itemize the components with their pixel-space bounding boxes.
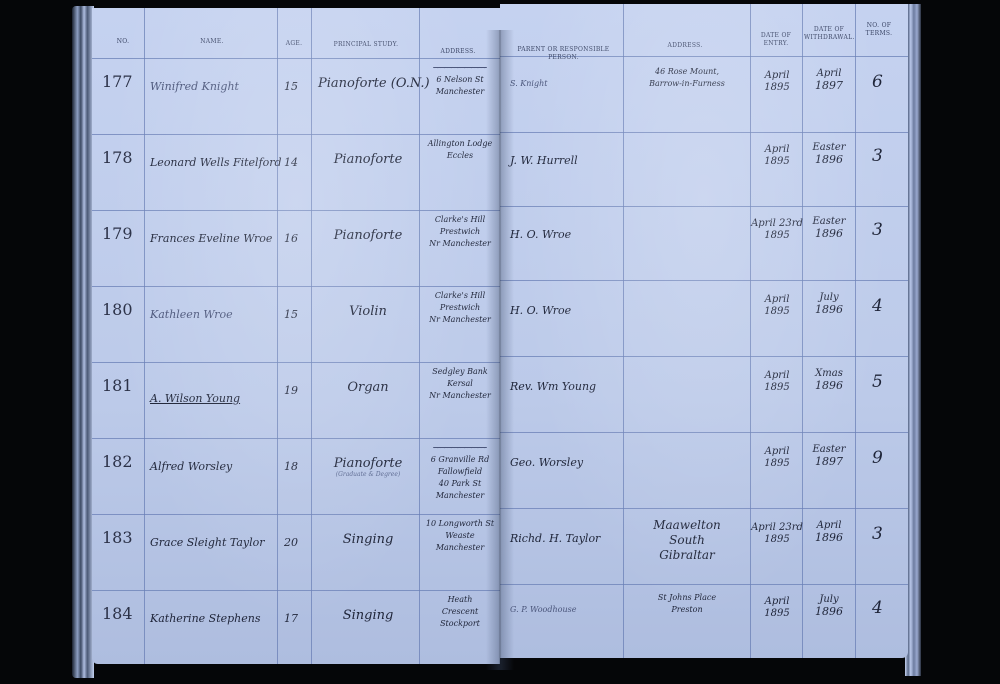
date-of-withdrawal: Easter1896 (804, 142, 854, 166)
parent-address-line: 46 Rose Mount, (655, 66, 719, 78)
address-line: Prestwich (440, 302, 480, 314)
study-label: Organ (318, 380, 418, 395)
entry-year: 1895 (764, 608, 789, 620)
entry-year: 1895 (764, 156, 789, 168)
entry-year: 1895 (764, 306, 789, 318)
header-address: Address. (428, 48, 488, 56)
withdrawal-year: 1896 (815, 154, 843, 166)
study-label: Pianoforte (318, 456, 418, 471)
address-line: Stockport (440, 618, 480, 630)
entry-number: 178 (102, 148, 133, 167)
parent-address: MaaweltonSouthGibraltar (626, 518, 748, 563)
entry-year: 1895 (764, 534, 789, 546)
date-of-withdrawal: Easter1897 (804, 444, 854, 468)
principal-study: Singing (318, 532, 418, 547)
pupil-address: HeathCrescentStockport (422, 594, 498, 630)
principal-study: Pianoforte (O.N.) (318, 76, 418, 91)
parent-name: G. P. Woodhouse (510, 604, 576, 616)
date-of-entry: April1895 (752, 144, 802, 168)
number-of-terms: 5 (872, 372, 883, 392)
parent-name: H. O. Wroe (510, 228, 571, 241)
date-of-withdrawal: Easter1896 (804, 216, 854, 240)
date-of-withdrawal: July1896 (804, 292, 854, 316)
entry-month: April 23rd (751, 522, 803, 534)
register-row-left: 179Frances Eveline Wroe16PianoforteClark… (92, 210, 500, 286)
header-age: Age. (278, 40, 310, 48)
entry-number: 184 (102, 604, 133, 623)
withdrawal-year: 1896 (815, 228, 843, 240)
entry-year: 1895 (764, 458, 789, 470)
parent-address-line: Maawelton (653, 518, 721, 533)
entry-month: April (765, 70, 790, 82)
parent-address-line: Barrow-in-Furness (649, 78, 725, 90)
pupil-name: Kathleen Wroe (150, 308, 233, 321)
principal-study: Pianoforte(Graduate & Degree) (318, 456, 418, 478)
entry-number: 183 (102, 528, 133, 547)
address-line: Manchester (436, 86, 484, 98)
principal-study: Pianoforte (318, 152, 418, 167)
entry-number: 181 (102, 376, 133, 395)
parent-address-line: Gibraltar (659, 548, 715, 563)
book-page-edges-left (72, 6, 94, 678)
right-ledger-grid: Parent or Responsible Person. Address. D… (500, 4, 908, 658)
date-of-entry: April 23rd1895 (752, 218, 802, 242)
address-line: 6 Nelson St (436, 74, 483, 86)
pupil-address: Clarke's HillPrestwichNr Manchester (422, 214, 498, 250)
address-line: ~~~~~~~~ (433, 62, 487, 74)
address-line: Allington Lodge (428, 138, 493, 150)
address-line: Fallowfield (438, 466, 482, 478)
entry-month: April (765, 294, 790, 306)
entry-year: 1895 (764, 82, 789, 94)
entry-number: 177 (102, 72, 133, 91)
parent-name: Richd. H. Taylor (510, 532, 600, 545)
register-row-left: 183Grace Sleight Taylor20Singing10 Longw… (92, 514, 500, 590)
open-register-book: No. Name. Age. Principal Study. Address.… (0, 0, 1000, 684)
study-label: Singing (318, 608, 418, 623)
date-of-withdrawal: July1896 (804, 594, 854, 618)
pupil-age: 20 (284, 536, 298, 549)
register-row-right: S. Knight46 Rose Mount,Barrow-in-Furness… (500, 56, 908, 132)
entry-month: April (765, 446, 790, 458)
study-label: Singing (318, 532, 418, 547)
address-line: Eccles (447, 150, 473, 162)
parent-name: S. Knight (510, 78, 547, 90)
pupil-age: 17 (284, 612, 298, 625)
pupil-age: 14 (284, 156, 298, 169)
address-line: Clarke's Hill (435, 214, 485, 226)
header-parent-address: Address. (640, 42, 730, 50)
date-of-entry: April1895 (752, 596, 802, 620)
number-of-terms: 9 (872, 448, 883, 468)
entry-month: April (765, 370, 790, 382)
pupil-age: 15 (284, 80, 298, 93)
study-note: (Graduate & Degree) (318, 471, 418, 478)
withdrawal-year: 1896 (815, 606, 843, 618)
parent-address: 46 Rose Mount,Barrow-in-Furness (626, 66, 748, 90)
withdrawal-year: 1896 (815, 532, 843, 544)
entry-month: April (765, 596, 790, 608)
parent-address-line: St Johns Place (658, 592, 716, 604)
address-line: Kersal (447, 378, 473, 390)
address-line: Heath (448, 594, 473, 606)
parent-name: H. O. Wroe (510, 304, 571, 317)
withdrawal-year: 1896 (815, 304, 843, 316)
address-line: Nr Manchester (429, 390, 491, 402)
study-label: Pianoforte (318, 152, 418, 167)
address-line: Weaste (445, 530, 474, 542)
number-of-terms: 3 (872, 220, 883, 240)
address-line: 10 Longworth St (426, 518, 494, 530)
header-name: Name. (152, 38, 272, 46)
date-of-withdrawal: Xmas1896 (804, 368, 854, 392)
number-of-terms: 4 (872, 296, 883, 316)
address-line: Manchester (436, 542, 484, 554)
register-row-left: 180Kathleen Wroe15ViolinClarke's HillPre… (92, 286, 500, 362)
pupil-address: 10 Longworth StWeasteManchester (422, 518, 498, 554)
address-line: 6 Granville Rd (431, 454, 489, 466)
study-label: Pianoforte (318, 228, 418, 243)
address-line: Clarke's Hill (435, 290, 485, 302)
left-ledger-grid: No. Name. Age. Principal Study. Address.… (92, 8, 500, 664)
parent-address: St Johns PlacePreston (626, 592, 748, 616)
register-row-left: 181A. Wilson Young19OrganSedgley BankKer… (92, 362, 500, 438)
pupil-name: Katherine Stephens (150, 612, 261, 625)
pupil-address: ~~~~~~~~6 Nelson StManchester (422, 62, 498, 98)
principal-study: Violin (318, 304, 418, 319)
study-label: Violin (318, 304, 418, 319)
entry-number: 182 (102, 452, 133, 471)
parent-name: Rev. Wm Young (510, 380, 596, 393)
address-line: Manchester (436, 490, 484, 502)
parent-name: Geo. Worsley (510, 456, 583, 469)
date-of-entry: April1895 (752, 370, 802, 394)
withdrawal-year: 1897 (815, 80, 843, 92)
left-page: No. Name. Age. Principal Study. Address.… (92, 8, 500, 664)
address-line: ~~~~~~~~ (433, 442, 487, 454)
number-of-terms: 4 (872, 598, 883, 618)
date-of-entry: April1895 (752, 446, 802, 470)
pupil-age: 19 (284, 384, 298, 397)
number-of-terms: 3 (872, 524, 883, 544)
date-of-entry: April1895 (752, 294, 802, 318)
number-of-terms: 3 (872, 146, 883, 166)
number-of-terms: 6 (872, 72, 883, 92)
address-line: 40 Park St (439, 478, 481, 490)
register-row-left: 178Leonard Wells Fitelford14PianoforteAl… (92, 134, 500, 210)
withdrawal-year: 1896 (815, 380, 843, 392)
register-row-left: 182Alfred Worsley18Pianoforte(Graduate &… (92, 438, 500, 514)
right-page: Parent or Responsible Person. Address. D… (500, 4, 908, 658)
address-line: Nr Manchester (429, 314, 491, 326)
pupil-name: Grace Sleight Taylor (150, 536, 265, 549)
address-line: Prestwich (440, 226, 480, 238)
principal-study: Organ (318, 380, 418, 395)
register-row-right: Richd. H. TaylorMaaweltonSouthGibraltarA… (500, 508, 908, 584)
pupil-name: Alfred Worsley (150, 460, 232, 473)
pupil-age: 15 (284, 308, 298, 321)
pupil-name: Frances Eveline Wroe (150, 232, 272, 245)
entry-month: April (765, 144, 790, 156)
header-date-entry: Date of Entry. (752, 32, 800, 48)
principal-study: Pianoforte (318, 228, 418, 243)
date-of-entry: April1895 (752, 70, 802, 94)
pupil-name: A. Wilson Young (150, 392, 240, 405)
address-line: Nr Manchester (429, 238, 491, 250)
entry-month: April 23rd (751, 218, 803, 230)
register-row-right: Rev. Wm YoungApril1895Xmas18965 (500, 356, 908, 432)
header-no-terms: No. of Terms. (857, 22, 901, 38)
date-of-withdrawal: April1896 (804, 520, 854, 544)
pupil-age: 16 (284, 232, 298, 245)
entry-year: 1895 (764, 230, 789, 242)
entry-number: 180 (102, 300, 133, 319)
pupil-address: Clarke's HillPrestwichNr Manchester (422, 290, 498, 326)
address-line: Crescent (442, 606, 478, 618)
register-row-right: H. O. WroeApril1895July18964 (500, 280, 908, 356)
register-row-right: H. O. WroeApril 23rd1895Easter18963 (500, 204, 908, 280)
register-row-right: Geo. WorsleyApril1895Easter18979 (500, 432, 908, 508)
header-principal-study: Principal Study. (314, 41, 418, 49)
study-label: Pianoforte (O.N.) (318, 76, 418, 91)
parent-name: J. W. Hurrell (510, 154, 578, 167)
register-row-right: J. W. HurrellApril1895Easter18963 (500, 130, 908, 206)
pupil-age: 18 (284, 460, 298, 473)
register-row-left: 184Katherine Stephens17SingingHeathCresc… (92, 590, 500, 664)
date-of-entry: April 23rd1895 (752, 522, 802, 546)
parent-address-line: South (669, 533, 705, 548)
entry-year: 1895 (764, 382, 789, 394)
pupil-address: ~~~~~~~~6 Granville RdFallowfield40 Park… (422, 442, 498, 502)
register-row-left: 177Winifred Knight15Pianoforte (O.N.)~~~… (92, 58, 500, 134)
address-line: Sedgley Bank (432, 366, 487, 378)
header-date-withdrawal: Date of Withdrawal. (804, 26, 854, 42)
pupil-name: Leonard Wells Fitelford (150, 156, 282, 169)
principal-study: Singing (318, 608, 418, 623)
pupil-address: Allington LodgeEccles (422, 138, 498, 162)
pupil-address: Sedgley BankKersalNr Manchester (422, 366, 498, 402)
register-row-right: G. P. WoodhouseSt Johns PlacePrestonApri… (500, 582, 908, 658)
withdrawal-year: 1897 (815, 456, 843, 468)
header-no: No. (108, 38, 138, 46)
entry-number: 179 (102, 224, 133, 243)
parent-address-line: Preston (671, 604, 702, 616)
pupil-name: Winifred Knight (150, 80, 239, 93)
date-of-withdrawal: April1897 (804, 68, 854, 92)
